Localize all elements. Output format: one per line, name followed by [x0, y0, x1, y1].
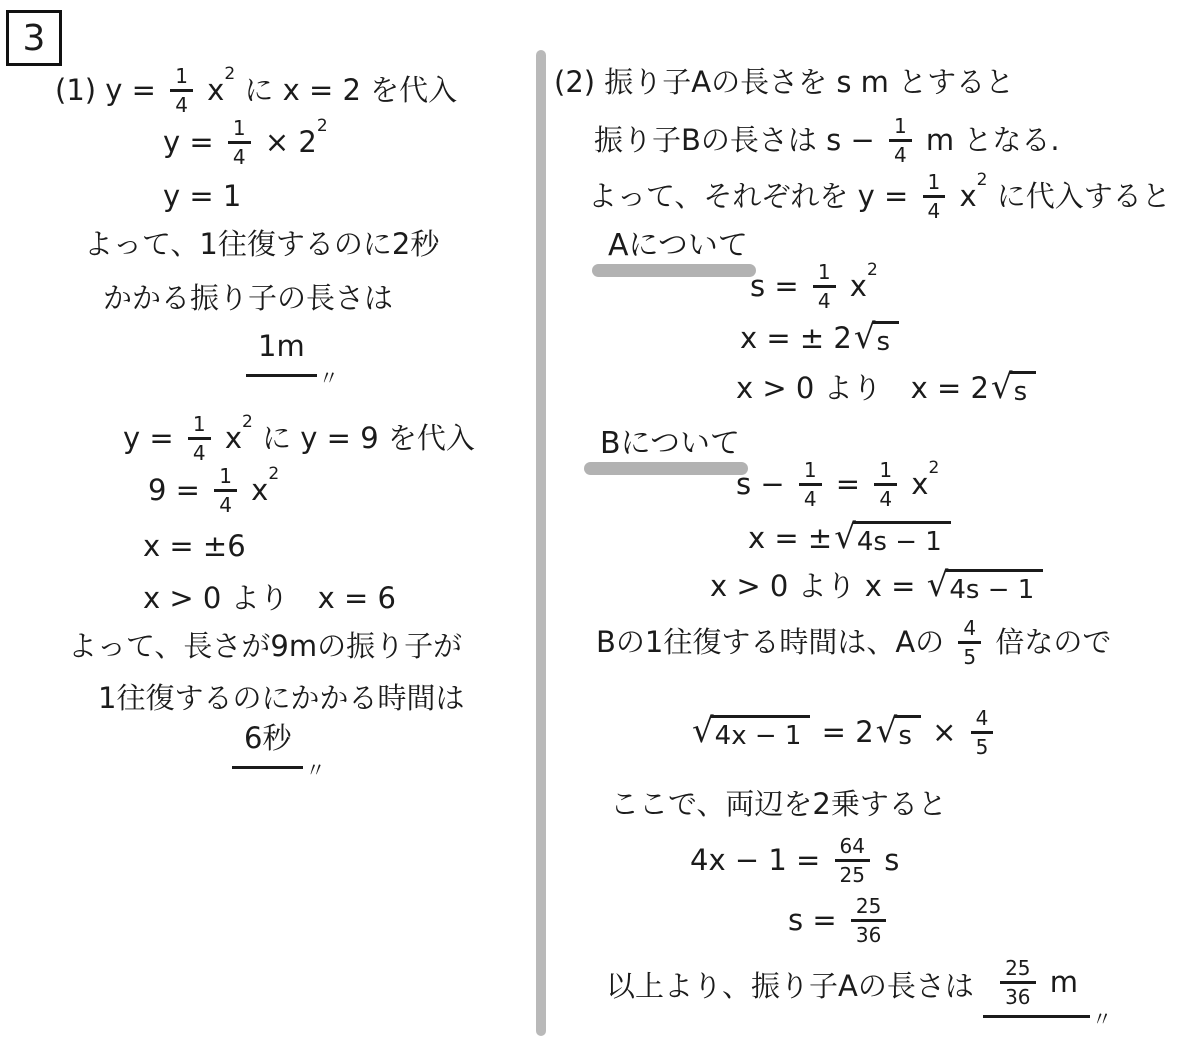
fraction: 14 [170, 66, 193, 115]
answer-line: 以上より、振り子Aの長さは 2536 m〃 [606, 956, 1112, 1018]
square-root: 4s − 1 [834, 521, 951, 557]
solution-line: x > 0 より x = 6 [143, 580, 396, 618]
math-text: x > 0 より x = 2 [736, 370, 989, 408]
square-root: 4x − 1 [692, 715, 810, 751]
math-text: x [198, 72, 224, 110]
fraction: 14 [228, 118, 251, 167]
solution-line: (2) 振り子Aの長さを s m とすると [554, 64, 1014, 102]
math-text: x > 0 より x = [710, 568, 925, 606]
math-text: 以上より、振り子Aの長さは [606, 968, 983, 1006]
section-label-a: Aについて [606, 226, 754, 275]
square-root: s [854, 321, 899, 357]
math-text: 振り子Bの長さは s − [594, 122, 884, 160]
section-label-b: Bについて [598, 424, 746, 473]
math-text: 9 = [148, 472, 209, 510]
solution-line: s − 14 = 14 x2 [736, 460, 939, 509]
math-text: s − [736, 466, 794, 504]
solution-line: x = ±6 [143, 528, 246, 566]
math-text: y = [123, 420, 183, 458]
underlined-answer: 1m [246, 326, 317, 377]
solution-line: かかる振り子の長さは [103, 280, 393, 318]
fraction: 45 [971, 708, 994, 757]
underlined-answer: 2536 m [983, 956, 1090, 1018]
math-text: × 2 [256, 124, 317, 162]
exponent: 2 [977, 172, 988, 189]
math-text: かかる振り子の長さは [103, 280, 393, 318]
solution-line: 1往復するのにかかる時間は [98, 680, 464, 718]
math-text: m [1041, 964, 1078, 1002]
square-root: 4s − 1 [927, 569, 1044, 605]
fraction: 14 [214, 466, 237, 515]
math-text: = [827, 466, 870, 504]
solution-line: s = 2536 [788, 896, 891, 945]
column-divider [536, 50, 546, 1036]
solution-line: よって、1往復するのに2秒 [84, 226, 439, 264]
math-text: x [950, 178, 976, 216]
math-text: に代入すると [988, 178, 1171, 216]
math-text: 4x − 1 = [690, 842, 830, 880]
solution-line: y = 14 × 22 [163, 118, 328, 167]
solution-line: 4x − 1 = 2s × 45 [690, 708, 998, 757]
math-text: s = [788, 902, 846, 940]
math-text: 6秒 [244, 720, 291, 758]
math-text: ここで、両辺を2乗すると [610, 786, 947, 824]
math-text: よって、それぞれを y = [588, 178, 918, 216]
underlined-answer: 6秒 [232, 718, 303, 769]
math-text: y = 1 [163, 178, 241, 216]
math-text: に y = 9 を代入 [253, 420, 475, 458]
problem-number: 3 [23, 18, 46, 59]
solution-line: x = ± 2s [740, 320, 901, 358]
answer-end-mark: 〃 [305, 757, 325, 783]
math-text: s = [750, 268, 808, 306]
math-text: x [902, 466, 928, 504]
math-text: x [841, 268, 867, 306]
exponent: 2 [867, 262, 878, 279]
math-text: に x = 2 を代入 [235, 72, 457, 110]
math-text: よって、1往復するのに2秒 [84, 226, 439, 264]
fraction: 14 [799, 460, 822, 509]
fraction: 14 [889, 116, 912, 165]
math-text: Bの1往復する時間は、Aの [596, 624, 953, 662]
fraction: 6425 [835, 836, 870, 885]
math-text: x [242, 472, 268, 510]
math-text: y = [163, 124, 223, 162]
fraction: 2536 [851, 896, 886, 945]
square-root: s [991, 371, 1036, 407]
section-label-a-text: Aについて [606, 226, 754, 275]
exponent: 2 [242, 414, 253, 431]
solution-line: 振り子Bの長さは s − 14 m となる. [594, 116, 1060, 165]
math-text: よって、長さが9mの振り子が [68, 628, 462, 666]
problem-number-box: 3 [6, 10, 62, 66]
math-text: x = ± 2 [740, 320, 852, 358]
handwritten-solution-page: 3 (1) y = 14 x2 に x = 2 を代入 y = 14 × 22 … [0, 0, 1200, 1043]
exponent: 2 [928, 460, 939, 477]
answer-line: 1m〃 [246, 326, 339, 377]
answer-end-mark: 〃 [1092, 1006, 1112, 1032]
answer-line: 6秒〃 [232, 718, 325, 769]
solution-line: 4x − 1 = 6425 s [690, 836, 899, 885]
math-text: (2) 振り子Aの長さを s m とすると [554, 64, 1014, 102]
math-text: = 2 [812, 714, 873, 752]
exponent: 2 [268, 466, 279, 483]
math-text: 1m [258, 328, 305, 366]
math-text: m となる. [917, 122, 1060, 160]
fraction: 14 [813, 262, 836, 311]
solution-line: Bの1往復する時間は、Aの 45 倍なので [596, 618, 1111, 667]
exponent: 2 [317, 118, 328, 135]
solution-line: よって、長さが9mの振り子が [68, 628, 462, 666]
fraction: 14 [188, 414, 211, 463]
square-root: s [876, 715, 921, 751]
answer-end-mark: 〃 [319, 365, 339, 391]
math-text: s [875, 842, 899, 880]
fraction: 14 [874, 460, 897, 509]
solution-line: y = 1 [163, 178, 241, 216]
math-text: x = ±6 [143, 528, 246, 566]
solution-line: x = ±4s − 1 [748, 520, 953, 558]
solution-line: x > 0 より x = 2s [736, 370, 1038, 408]
solution-line: x > 0 より x = 4s − 1 [710, 568, 1045, 606]
exponent: 2 [224, 66, 235, 83]
math-text: (1) y = [55, 72, 165, 110]
fraction: 45 [958, 618, 981, 667]
math-text: × [923, 714, 966, 752]
solution-line: よって、それぞれを y = 14 x2 に代入すると [588, 172, 1171, 221]
section-label-b-text: Bについて [598, 424, 746, 473]
math-text: x > 0 より x = 6 [143, 580, 396, 618]
solution-line: s = 14 x2 [750, 262, 878, 311]
solution-line: ここで、両辺を2乗すると [610, 786, 947, 824]
math-text: 1往復するのにかかる時間は [98, 680, 464, 718]
solution-line: y = 14 x2 に y = 9 を代入 [123, 414, 475, 463]
solution-line: (1) y = 14 x2 に x = 2 を代入 [55, 66, 457, 115]
math-text: 倍なので [986, 624, 1111, 662]
fraction: 14 [923, 172, 946, 221]
math-text: x [216, 420, 242, 458]
solution-line: 9 = 14 x2 [148, 466, 279, 515]
fraction: 2536 [1000, 958, 1035, 1007]
math-text: x = ± [748, 520, 832, 558]
